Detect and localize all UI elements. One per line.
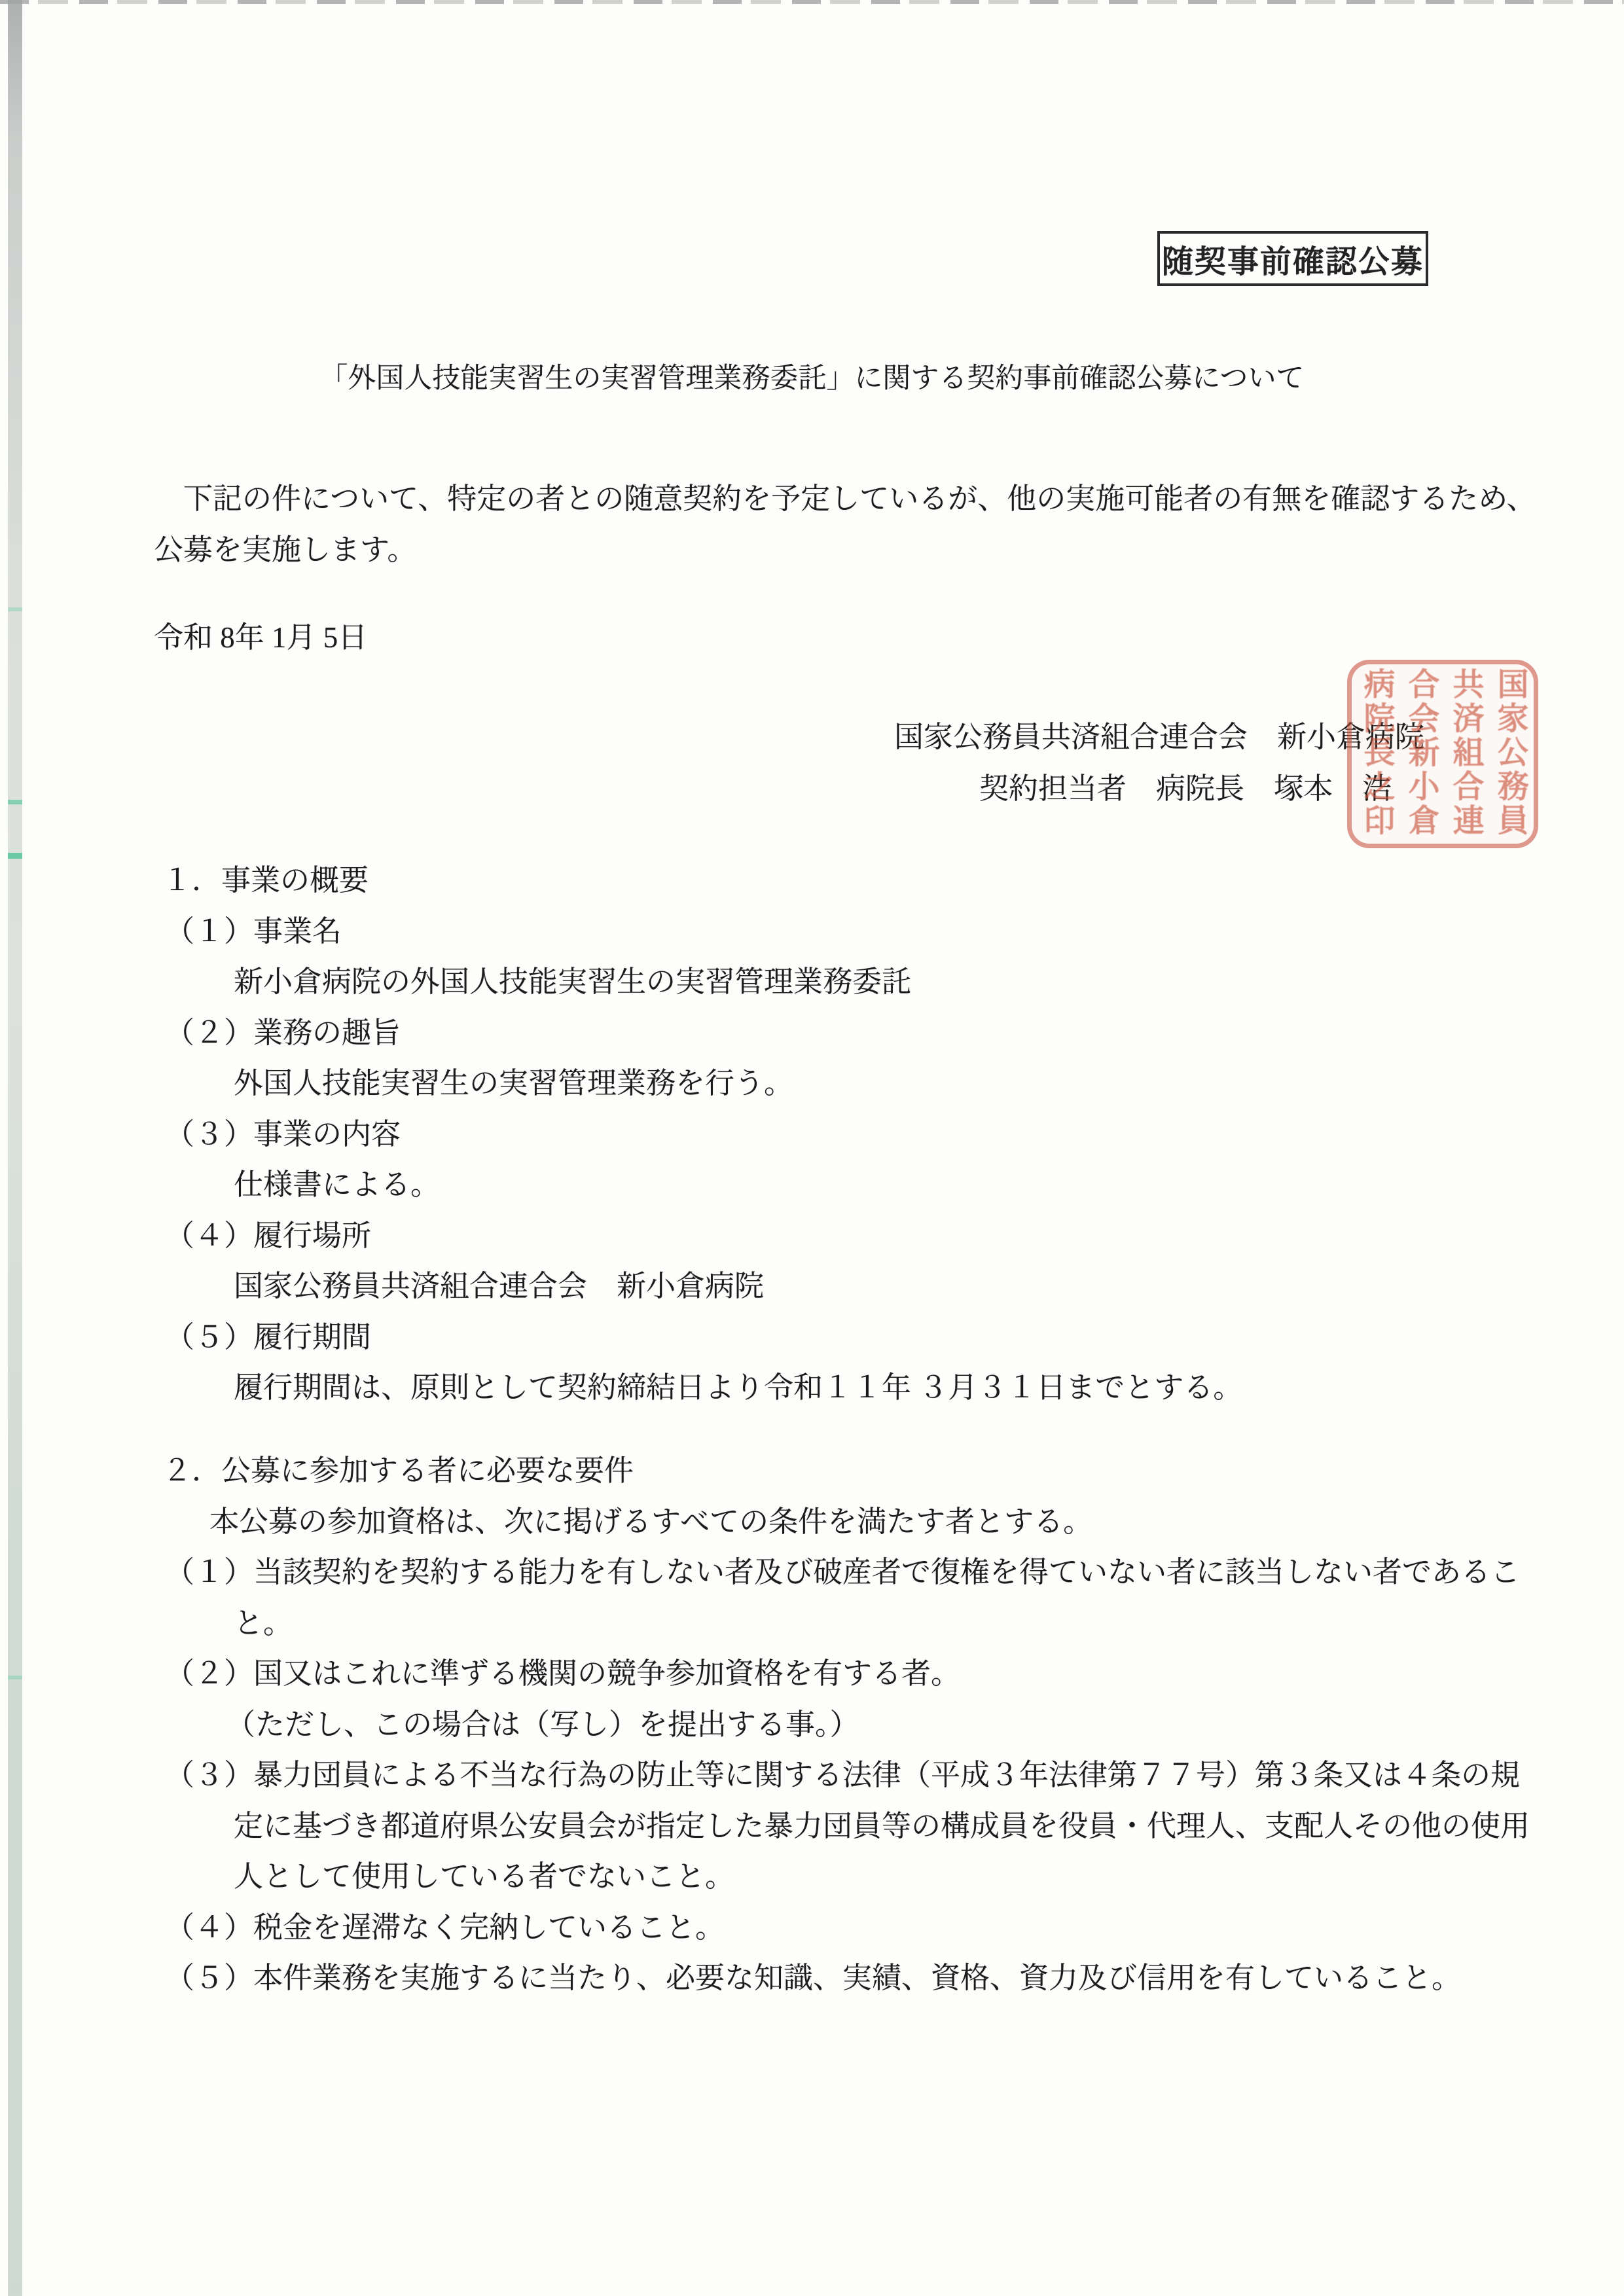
- section-1-item-5-label: （５）履行期間: [0, 1312, 1624, 1363]
- section-1-business-overview: １．事業の概要 （１）事業名 新小倉病院の外国人技能実習生の実習管理業務委託 （…: [0, 855, 1624, 1414]
- section-1-item-4-value: 国家公務員共済組合連合会 新小倉病院: [0, 1261, 1624, 1312]
- scanner-teal-mark: [8, 607, 22, 611]
- section-1-heading: １．事業の概要: [0, 855, 1624, 906]
- section-1-item-1-label: （１）事業名: [0, 906, 1624, 958]
- section-2-item-4: （４）税金を遅滞なく完納していること。: [0, 1903, 1624, 1954]
- section-1-item-3-value: 仕様書による。: [0, 1160, 1624, 1211]
- stamp-box-label: 随契事前確認公募: [1162, 236, 1424, 281]
- scanner-edge-top-artifact: [0, 0, 1624, 4]
- section-1-item-3-label: （３）事業の内容: [0, 1109, 1624, 1160]
- section-1-item-5-value: 履行期間は、原則として契約締結日より令和１１年 ３月３１日までとする。: [0, 1363, 1624, 1414]
- section-2-item-3-cont-2: 人として使用している者でないこと。: [0, 1852, 1624, 1903]
- intro-line-1: 下記の件について、特定の者との随意契約を予定しているが、他の実施可能者の有無を確…: [154, 474, 1536, 525]
- issuer-organization: 国家公務員共済組合連合会 新小倉病院: [894, 712, 1424, 763]
- section-1-item-2-label: （２）業務の趣旨: [0, 1008, 1624, 1059]
- negotiated-contract-stamp-box: 随契事前確認公募: [1157, 231, 1428, 286]
- document-title: 「外国人技能実習生の実習管理業務委託」に関する契約事前確認公募について: [0, 353, 1624, 404]
- section-2-item-1: （１）当該契約を契約する能力を有しない者及び破産者で復権を得ていない者に該当しな…: [0, 1547, 1624, 1598]
- intro-paragraph: 下記の件について、特定の者との随意契約を予定しているが、他の実施可能者の有無を確…: [154, 474, 1536, 575]
- seal-inscription: 国家公務員共済組合連合会新小倉病院長之印: [1354, 668, 1532, 840]
- section-2-participation-requirements: ２．公募に参加する者に必要な要件 本公募の参加資格は、次に掲げるすべての条件を満…: [0, 1446, 1624, 2004]
- section-1-item-1-value: 新小倉病院の外国人技能実習生の実習管理業務委託: [0, 957, 1624, 1008]
- issue-date: 令和 8年 1月 5日: [154, 613, 367, 664]
- official-red-seal: 国家公務員共済組合連合会新小倉病院長之印: [1347, 660, 1538, 848]
- section-2-item-2-note: （ただし、この場合は（写し）を提出する事。）: [0, 1700, 1624, 1751]
- section-1-item-2-value: 外国人技能実習生の実習管理業務を行う。: [0, 1058, 1624, 1109]
- section-1-item-4-label: （４）履行場所: [0, 1211, 1624, 1262]
- section-2-intro: 本公募の参加資格は、次に掲げるすべての条件を満たす者とする。: [0, 1497, 1624, 1548]
- section-2-item-3: （３）暴力団員による不当な行為の防止等に関する法律（平成３年法律第７７号）第３条…: [0, 1750, 1624, 1801]
- intro-line-2: 公募を実施します。: [154, 525, 1536, 576]
- scanner-teal-mark: [8, 800, 22, 804]
- section-2-item-2: （２）国又はこれに準ずる機関の競争参加資格を有する者。: [0, 1649, 1624, 1700]
- section-2-item-3-cont-1: 定に基づき都道府県公安員会が指定した暴力団員等の構成員を役員・代理人、支配人その…: [0, 1801, 1624, 1852]
- section-2-item-1-cont: と。: [0, 1598, 1624, 1649]
- section-2-item-5: （５）本件業務を実施するに当たり、必要な知識、実績、資格、資力及び信用を有してい…: [0, 1953, 1624, 2004]
- section-2-heading: ２．公募に参加する者に必要な要件: [0, 1446, 1624, 1497]
- contract-officer-name: 契約担当者 病院長 塚本 浩: [979, 764, 1392, 815]
- scanned-document-page: 随契事前確認公募 「外国人技能実習生の実習管理業務委託」に関する契約事前確認公募…: [0, 0, 1624, 2296]
